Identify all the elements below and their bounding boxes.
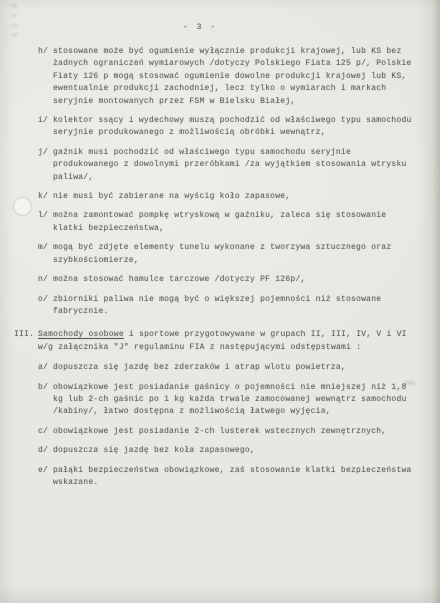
section-sub-list: a/ dopuszcza się jazdę bez zderzaków i a… bbox=[38, 362, 414, 489]
list-item-j: j/ gaźnik musi pochodzić od właściwego t… bbox=[38, 147, 414, 184]
item-label: o/ bbox=[38, 294, 53, 319]
item-text: można zamontować pompkę wtryskową w gaźn… bbox=[53, 210, 414, 235]
list-item-m: m/ mogą być zdjęte elementy tunelu wykon… bbox=[38, 242, 414, 267]
sub-item-d: d/ dopuszcza się jazdę bez koła zapasowe… bbox=[38, 445, 414, 457]
item-label: l/ bbox=[38, 210, 53, 235]
sub-item-a: a/ dopuszcza się jazdę bez zderzaków i a… bbox=[38, 362, 414, 374]
item-label: k/ bbox=[38, 191, 53, 203]
item-text: dopuszcza się jazdę bez zderzaków i atra… bbox=[53, 362, 414, 374]
item-label: m/ bbox=[38, 242, 53, 267]
section-body: Samochody osobowe i sportowe przygotowyw… bbox=[38, 329, 414, 496]
item-text: gaźnik musi pochodzić od właściwego typu… bbox=[53, 147, 414, 184]
sub-item-b: b/ obowiązkowe jest posiadanie gaśnicy o… bbox=[38, 382, 414, 419]
list-item-o: o/ zbiorniki paliwa nie mogą być o więks… bbox=[38, 294, 414, 319]
page-number: - 3 - bbox=[0, 22, 400, 34]
section-heading-underlined: Samochody osobowe bbox=[38, 330, 124, 339]
scan-smudge bbox=[10, 4, 18, 7]
item-text: zbiorniki paliwa nie mogą być o większej… bbox=[53, 294, 414, 319]
item-text: dopuszcza się jazdę bez koła zapasowego, bbox=[53, 445, 414, 457]
list-item-h: h/ stosowane może być ogumienie wyłączni… bbox=[38, 46, 414, 108]
section-numeral: III. bbox=[14, 329, 38, 496]
item-text: kolektor ssący i wydechowy muszą pochodz… bbox=[53, 115, 414, 140]
item-label: j/ bbox=[38, 147, 53, 184]
item-label: i/ bbox=[38, 115, 53, 140]
section-heading: Samochody osobowe i sportowe przygotowyw… bbox=[38, 329, 414, 354]
item-label: n/ bbox=[38, 274, 53, 286]
list-item-l: l/ można zamontować pompkę wtryskową w g… bbox=[38, 210, 414, 235]
item-label: h/ bbox=[38, 46, 53, 108]
item-text: mogą być zdjęte elementy tunelu wykonane… bbox=[53, 242, 414, 267]
item-text: pałąki bezpieczeństwa obowiązkowe, zaś s… bbox=[53, 465, 414, 490]
scan-smudge bbox=[11, 14, 17, 17]
regulation-list: h/ stosowane może być ogumienie wyłączni… bbox=[38, 46, 414, 496]
list-item-n: n/ można stosować hamulce tarczowe /doty… bbox=[38, 274, 414, 286]
item-label: e/ bbox=[38, 465, 53, 490]
hole-punch-mark bbox=[14, 198, 31, 215]
item-label: a/ bbox=[38, 362, 53, 374]
list-item-k: k/ nie musi być zabierane na wyścig koło… bbox=[38, 191, 414, 203]
item-text: można stosować hamulce tarczowe /dotyczy… bbox=[53, 274, 414, 286]
sub-item-c: c/ obowiązkowe jest posiadanie 2-ch lust… bbox=[38, 426, 414, 438]
sub-item-e: e/ pałąki bezpieczeństwa obowiązkowe, za… bbox=[38, 465, 414, 490]
item-text: nie musi być zabierane na wyścig koło za… bbox=[53, 191, 414, 203]
list-item-i: i/ kolektor ssący i wydechowy muszą poch… bbox=[38, 115, 414, 140]
item-text: obowiązkowe jest posiadanie gaśnicy o po… bbox=[53, 382, 414, 419]
item-text: stosowane może być ogumienie wyłącznie p… bbox=[53, 46, 414, 108]
item-label: c/ bbox=[38, 426, 53, 438]
item-label: b/ bbox=[38, 382, 53, 419]
item-label: d/ bbox=[38, 445, 53, 457]
item-text: obowiązkowe jest posiadanie 2-ch lustere… bbox=[53, 426, 414, 438]
section-iii: III. Samochody osobowe i sportowe przygo… bbox=[14, 329, 414, 496]
